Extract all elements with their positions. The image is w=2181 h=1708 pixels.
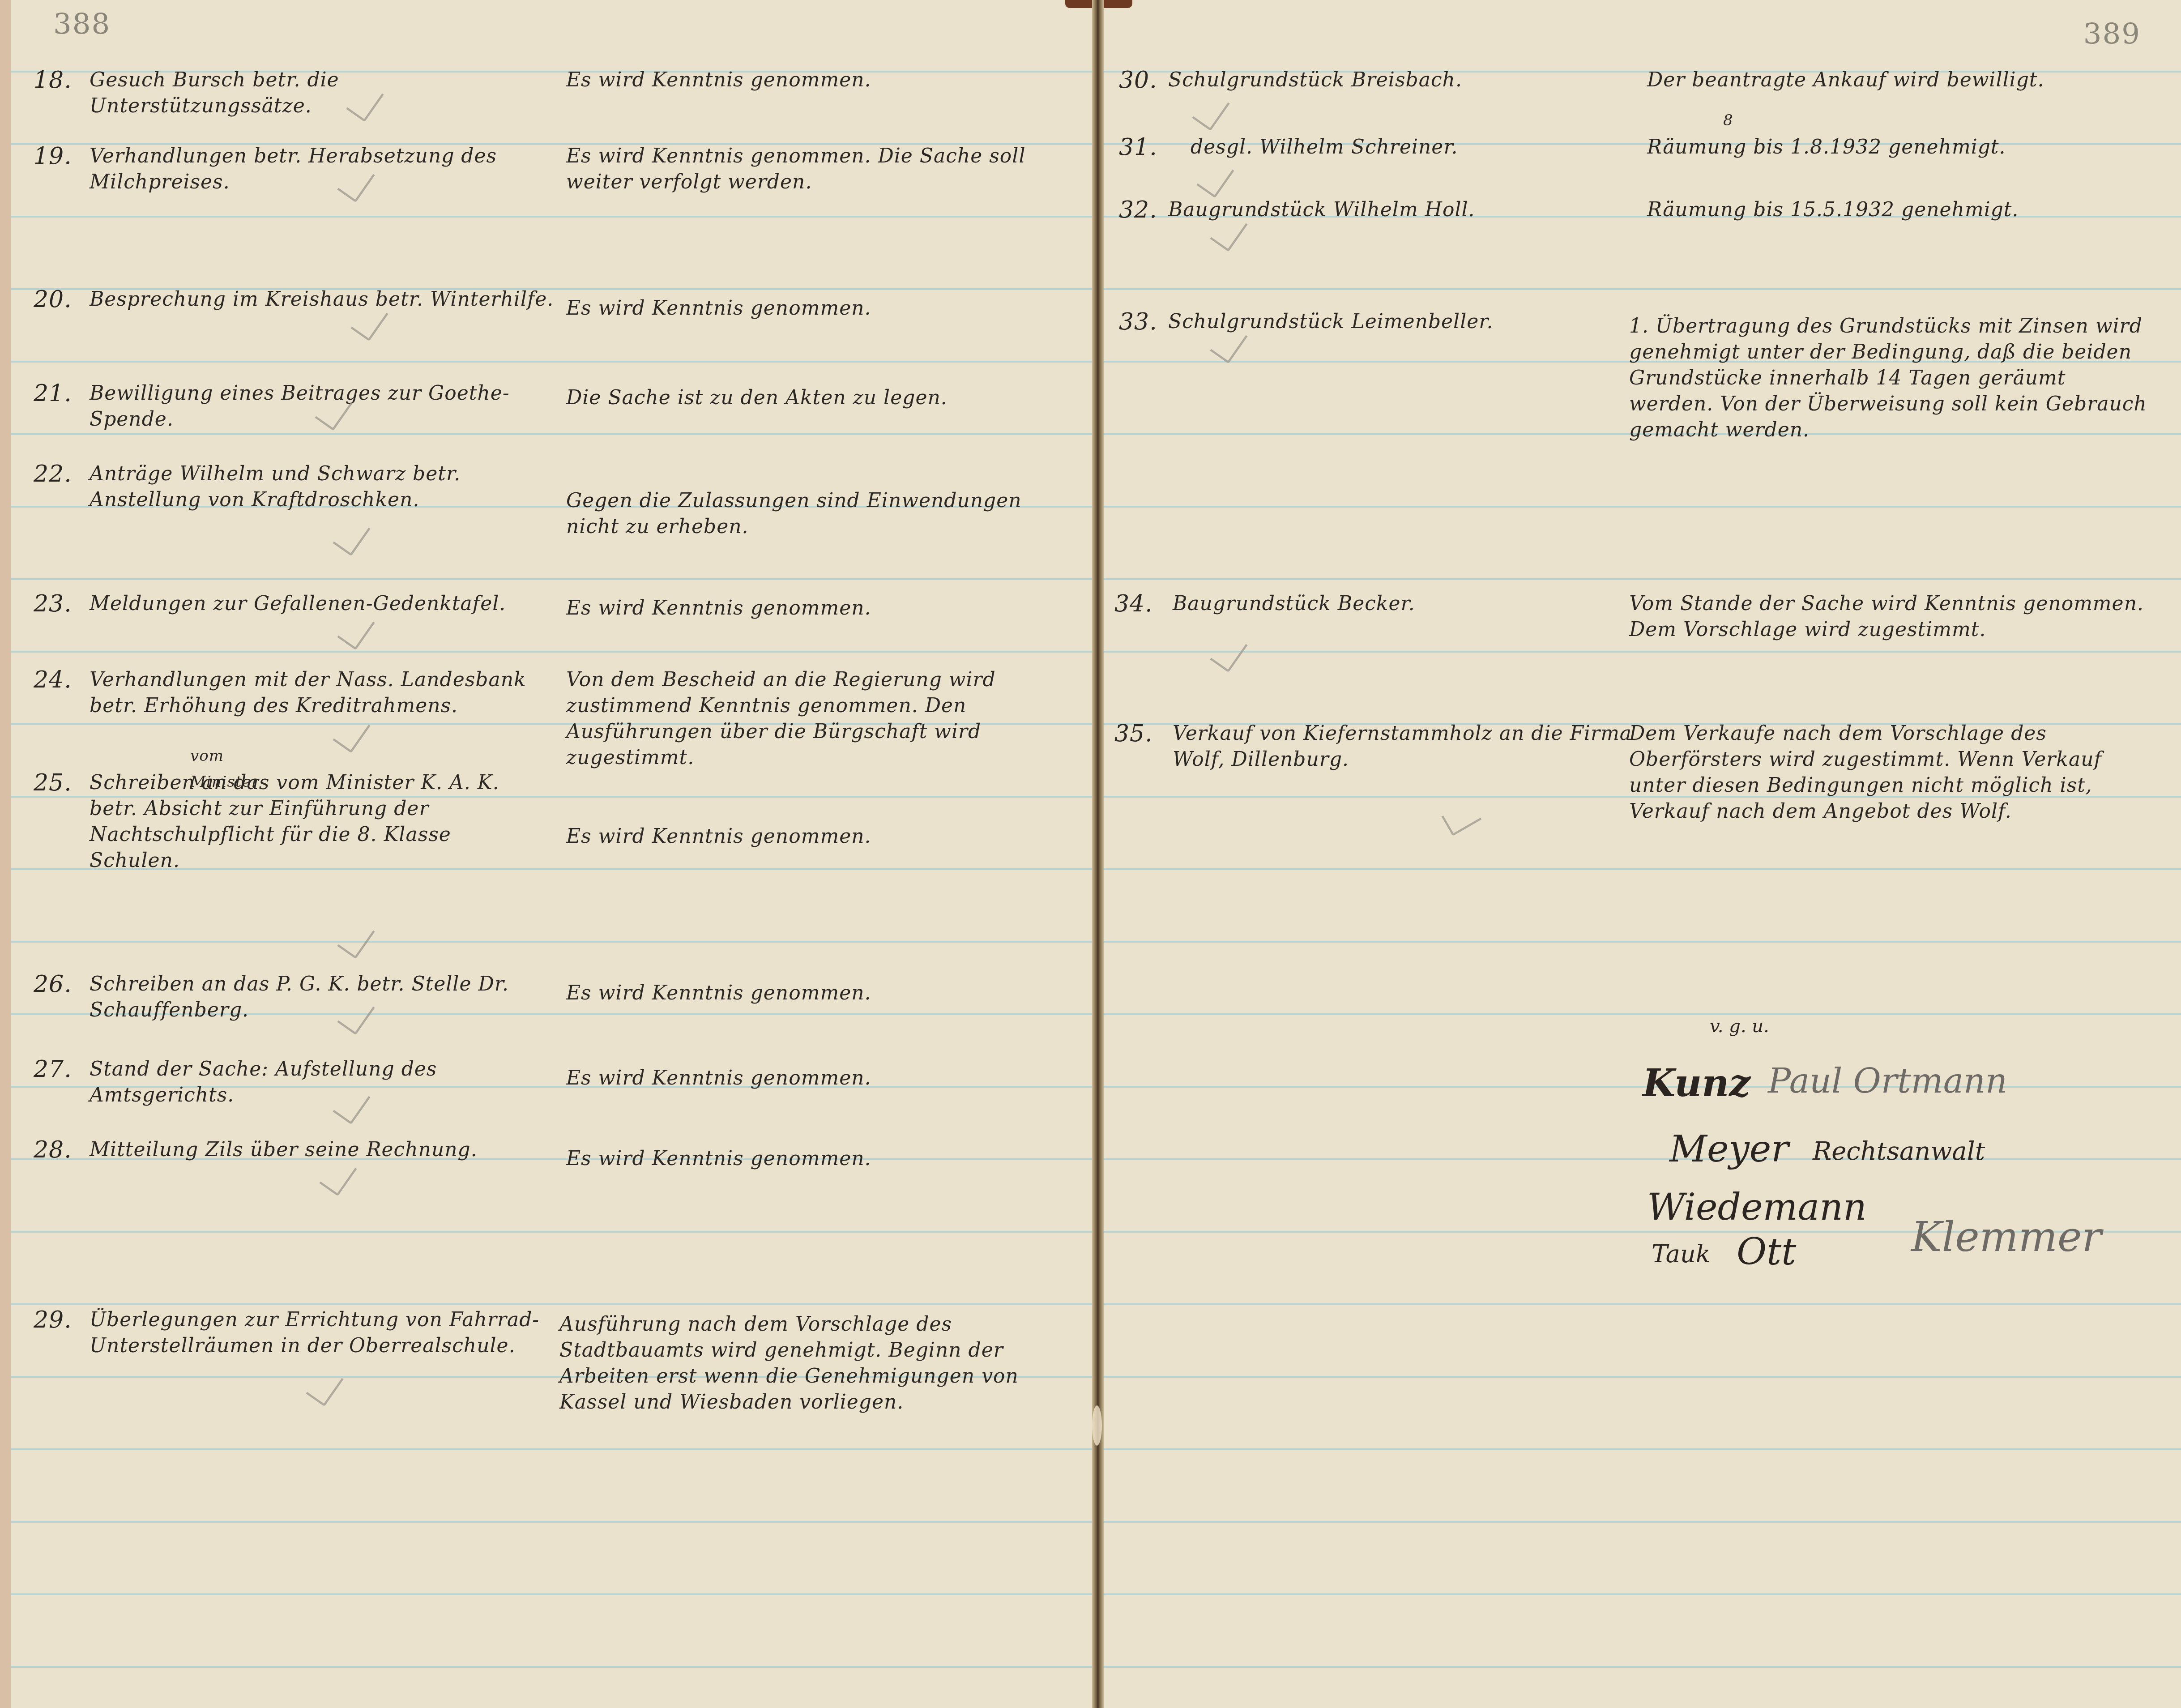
signature: Wiedemann <box>1647 1186 1867 1229</box>
open-ledger: 388 389 18. Gesuch Bursch betr. die Unte… <box>0 0 2181 1708</box>
entry-number: 34. <box>1114 591 1153 617</box>
entry-decision: Ausführung nach dem Vorschlage des Stadt… <box>559 1311 1065 1415</box>
entry-decision: Räumung bis 15.5.1932 genehmigt. <box>1647 197 2148 223</box>
entry-subject: Schreiben an das vom Minister K. A. K. b… <box>90 770 546 874</box>
closing-formula: v. g. u. <box>1710 1016 1769 1037</box>
entry-number: 26. <box>34 971 72 997</box>
entry-subject: Besprechung im Kreishaus betr. Winterhil… <box>90 286 564 312</box>
entry-subject: Baugrundstück Becker. <box>1173 591 1638 617</box>
entry-decision: Vom Stande der Sache wird Kenntnis genom… <box>1629 591 2153 643</box>
page-number: 389 <box>2083 18 2141 51</box>
signature: Ott <box>1737 1231 1796 1273</box>
entry-decision: 1. Übertragung des Grundstücks mit Zinse… <box>1629 313 2153 443</box>
date-correction: 8 <box>1723 107 1733 133</box>
entry-decision: Es wird Kenntnis genommen. <box>566 1146 1067 1172</box>
entry-decision: Es wird Kenntnis genommen. <box>566 295 1067 321</box>
page-number: 388 <box>53 8 111 41</box>
entry-subject: Verhandlungen betr. Herabsetzung des Mil… <box>90 143 564 195</box>
entry-decision: Räumung bis 1.8.1932 genehmigt. <box>1647 134 2148 160</box>
signature: Kunz <box>1643 1061 1750 1105</box>
entry-number: 20. <box>34 286 72 312</box>
entry-number: 21. <box>34 380 72 406</box>
signature: Paul Ortmann <box>1768 1061 2007 1101</box>
entry-number: 33. <box>1119 309 1157 335</box>
entry-decision: Von dem Bescheid an die Regierung wird z… <box>566 667 1067 771</box>
entry-number: 19. <box>34 143 72 169</box>
entry-number: 25. <box>34 770 72 796</box>
entry-subject: Stand der Sache: Aufstellung des Amtsger… <box>90 1056 555 1108</box>
entry-subject: Gesuch Bursch betr. die Unterstützungssä… <box>90 67 564 119</box>
entry-number: 28. <box>34 1137 72 1163</box>
entry-decision: Es wird Kenntnis genommen. <box>566 824 1067 850</box>
entry-decision: Es wird Kenntnis genommen. Die Sache sol… <box>566 143 1067 195</box>
entry-number: 31. <box>1119 134 1157 160</box>
entry-decision: Es wird Kenntnis genommen. <box>566 595 1067 621</box>
entry-number: 22. <box>34 461 72 487</box>
entry-number: 32. <box>1119 197 1157 223</box>
entry-number: 35. <box>1114 721 1153 747</box>
entry-number: 27. <box>34 1056 72 1082</box>
signature: Meyer <box>1669 1128 1789 1170</box>
signature: Rechtsanwalt <box>1813 1137 1985 1166</box>
entry-number: 18. <box>34 67 72 93</box>
entry-subject: desgl. Wilhelm Schreiner. <box>1191 134 1638 160</box>
entry-subject: Anträge Wilhelm und Schwarz betr. Anstel… <box>90 461 555 513</box>
signature: Tauk <box>1652 1240 1711 1268</box>
entry-subject: Überlegungen zur Errichtung von Fahrrad-… <box>90 1307 555 1359</box>
entry-number: 23. <box>34 591 72 617</box>
entry-subject: Schreiben an das P. G. K. betr. Stelle D… <box>90 971 546 1023</box>
signature: Klemmer <box>1911 1213 2102 1261</box>
entry-decision: Dem Verkaufe nach dem Vorschlage des Obe… <box>1629 721 2153 824</box>
entry-decision: Es wird Kenntnis genommen. <box>566 1065 1067 1091</box>
entry-number: 30. <box>1119 67 1157 93</box>
entry-decision: Es wird Kenntnis genommen. <box>566 67 1067 93</box>
entry-decision: Es wird Kenntnis genommen. <box>566 980 1067 1006</box>
entry-number: 24. <box>34 667 72 693</box>
entry-subject: Verhandlungen mit der Nass. Landesbank b… <box>90 667 546 719</box>
entry-subject: Verkauf von Kiefernstammholz an die Firm… <box>1173 721 1638 773</box>
book-gutter <box>1092 0 1104 1708</box>
entry-number: 29. <box>34 1307 72 1333</box>
right-page: 389 <box>1102 0 2181 1708</box>
entry-subject: Schulgrundstück Breisbach. <box>1168 67 1638 93</box>
entry-subject: Meldungen zur Gefallenen-Gedenktafel. <box>90 591 564 617</box>
entry-decision: Gegen die Zulassungen sind Einwendungen … <box>566 488 1067 540</box>
entry-decision: Der beantragte Ankauf wird bewilligt. <box>1647 67 2148 93</box>
paper-tear <box>1092 1405 1102 1446</box>
entry-decision: Die Sache ist zu den Akten zu legen. <box>566 385 1067 411</box>
entry-subject: Mitteilung Zils über seine Rechnung. <box>90 1137 564 1163</box>
